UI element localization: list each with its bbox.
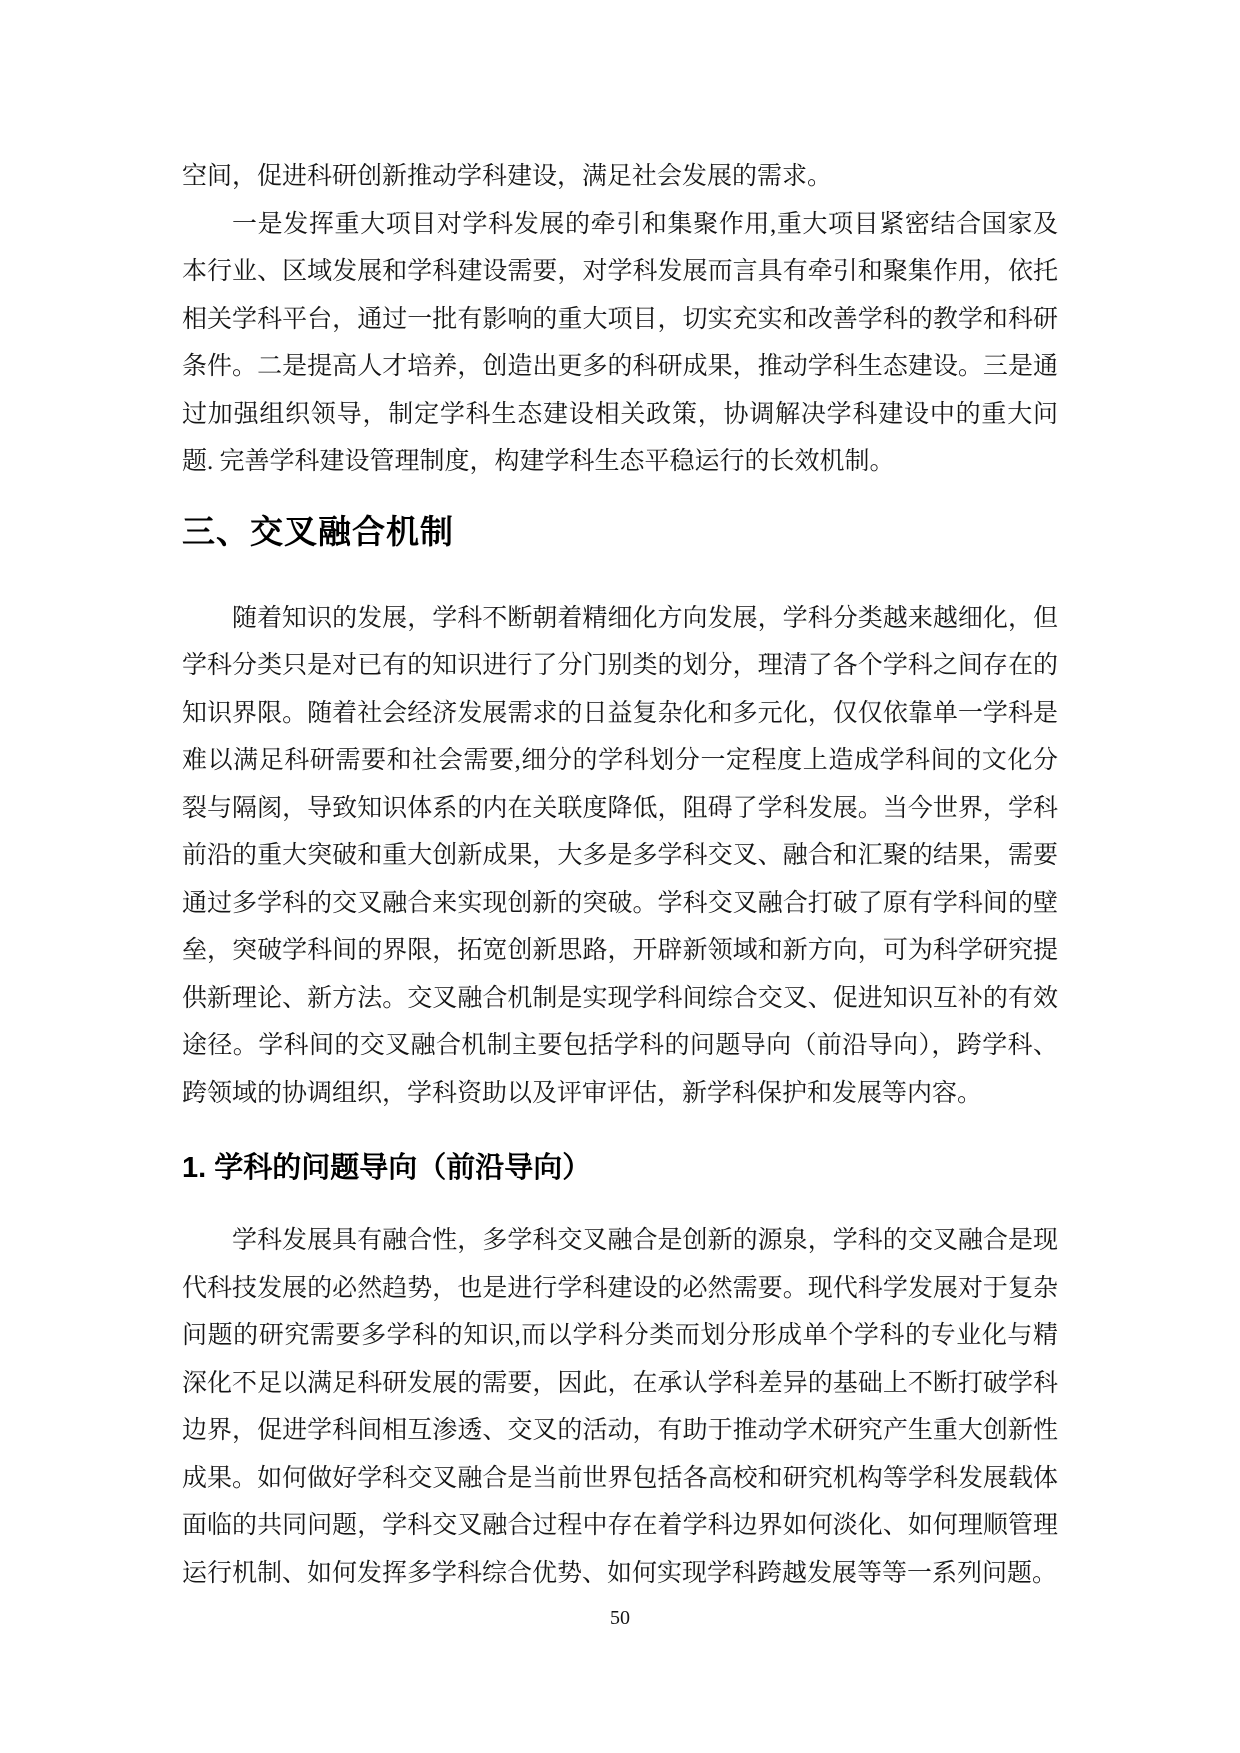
text-line: 裂与隔阂，导致知识体系的内在关联度降低，阻碍了学科发展。当今世界，学科 [182, 785, 1058, 833]
text-line: 途径。学科间的交叉融合机制主要包括学科的问题导向（前沿导向），跨学科、 [182, 1022, 1058, 1070]
text-line: 题. 完善学科建设管理制度，构建学科生态平稳运行的长效机制。 [182, 438, 1058, 486]
text-line: 相关学科平台，通过一批有影响的重大项目，切实充实和改善学科的教学和科研 [182, 296, 1058, 344]
section-heading: 三、交叉融合机制 [182, 506, 1058, 558]
text-line: 深化不足以满足科研发展的需要，因此，在承认学科差异的基础上不断打破学科 [182, 1360, 1058, 1408]
text-line: 运行机制、如何发挥多学科综合优势、如何实现学科跨越发展等等一系列问题。 [182, 1550, 1058, 1598]
text-line: 空间，促进科研创新推动学科建设，满足社会发展的需求。 [182, 153, 1058, 201]
page-number: 50 [610, 1607, 630, 1629]
text-line: 边界，促进学科间相互渗透、交叉的活动，有助于推动学术研究产生重大创新性 [182, 1407, 1058, 1455]
subsection-heading: 1. 学科的问题导向（前沿导向） [182, 1145, 1058, 1191]
text-line: 学科分类只是对已有的知识进行了分门别类的划分，理清了各个学科之间存在的 [182, 642, 1058, 690]
paragraph-major-projects: 一是发挥重大项目对学科发展的牵引和集聚作用,重大项目紧密结合国家及本行业、区域发… [182, 201, 1058, 486]
page-content: 空间，促进科研创新推动学科建设，满足社会发展的需求。 一是发挥重大项目对学科发展… [182, 0, 1058, 1597]
paragraph-problem-orientation: 学科发展具有融合性，多学科交叉融合是创新的源泉，学科的交叉融合是现代科技发展的必… [182, 1217, 1058, 1597]
text-line: 知识界限。随着社会经济发展需求的日益复杂化和多元化，仅仅依靠单一学科是 [182, 690, 1058, 738]
text-line: 学科发展具有融合性，多学科交叉融合是创新的源泉，学科的交叉融合是现 [182, 1217, 1058, 1265]
text-line: 难以满足科研需要和社会需要,细分的学科划分一定程度上造成学科间的文化分 [182, 737, 1058, 785]
text-line: 条件。二是提高人才培养，创造出更多的科研成果，推动学科生态建设。三是通 [182, 343, 1058, 391]
text-line: 面临的共同问题，学科交叉融合过程中存在着学科边界如何淡化、如何理顺管理 [182, 1502, 1058, 1550]
paragraph-cross-fusion: 随着知识的发展，学科不断朝着精细化方向发展，学科分类越来越细化，但学科分类只是对… [182, 595, 1058, 1118]
text-line: 前沿的重大突破和重大创新成果，大多是多学科交叉、融合和汇聚的结果，需要 [182, 832, 1058, 880]
text-line: 成果。如何做好学科交叉融合是当前世界包括各高校和研究机构等学科发展载体 [182, 1455, 1058, 1503]
paragraph-intro: 空间，促进科研创新推动学科建设，满足社会发展的需求。 [182, 153, 1058, 201]
text-line: 本行业、区域发展和学科建设需要，对学科发展而言具有牵引和聚集作用，依托 [182, 248, 1058, 296]
text-line: 问题的研究需要多学科的知识,而以学科分类而划分形成单个学科的专业化与精 [182, 1312, 1058, 1360]
text-line: 代科技发展的必然趋势，也是进行学科建设的必然需要。现代科学发展对于复杂 [182, 1265, 1058, 1313]
text-line: 一是发挥重大项目对学科发展的牵引和集聚作用,重大项目紧密结合国家及 [182, 201, 1058, 249]
text-line: 随着知识的发展，学科不断朝着精细化方向发展，学科分类越来越细化，但 [182, 595, 1058, 643]
text-line: 通过多学科的交叉融合来实现创新的突破。学科交叉融合打破了原有学科间的壁 [182, 880, 1058, 928]
text-line: 跨领域的协调组织，学科资助以及评审评估，新学科保护和发展等内容。 [182, 1070, 1058, 1118]
text-line: 过加强组织领导，制定学科生态建设相关政策，协调解决学科建设中的重大问 [182, 391, 1058, 439]
text-line: 垒，突破学科间的界限，拓宽创新思路，开辟新领域和新方向，可为科学研究提 [182, 927, 1058, 975]
text-line: 供新理论、新方法。交叉融合机制是实现学科间综合交叉、促进知识互补的有效 [182, 975, 1058, 1023]
page-footer: 50 [0, 1603, 1240, 1633]
document-page: 空间，促进科研创新推动学科建设，满足社会发展的需求。 一是发挥重大项目对学科发展… [0, 0, 1240, 1753]
